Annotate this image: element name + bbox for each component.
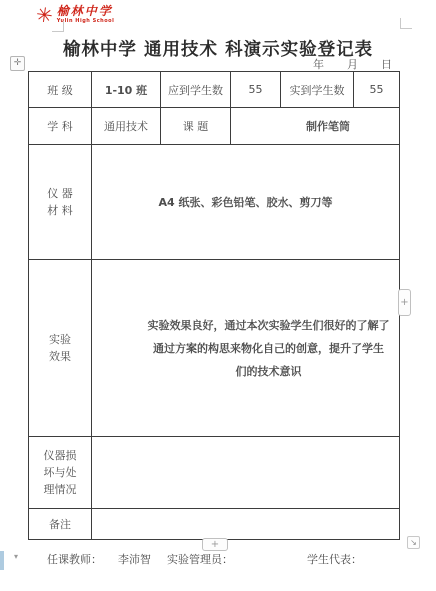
insert-row-plus-button[interactable]: + [202, 538, 228, 551]
school-name-en: Yulin High School [57, 18, 115, 25]
date-line: 年 月 日 [313, 56, 392, 72]
date-day-label: 日 [381, 56, 392, 72]
class-value-cell[interactable]: 1-10 班 [92, 72, 161, 108]
table-row: 学 科 通用技术 课 题 制作笔筒 [29, 108, 400, 145]
table-row: 仪器损 坏与处 理情况 [29, 437, 400, 509]
subject-value-cell[interactable]: 通用技术 [92, 108, 161, 145]
actual-students-value-cell[interactable]: 55 [354, 72, 400, 108]
teacher-label: 任课教师： [47, 551, 102, 567]
subject-label: 学 科 [29, 108, 92, 145]
table-resize-handle-icon[interactable]: ↘ [407, 536, 420, 549]
date-year-label: 年 [313, 56, 324, 72]
date-month-label: 月 [347, 56, 358, 72]
expected-students-value-cell[interactable]: 55 [231, 72, 281, 108]
effect-label: 实验 效果 [29, 260, 92, 437]
school-logo: ✳ 榆林中学 Yulin High School [36, 4, 114, 26]
expected-students-label: 应到学生数 [161, 72, 231, 108]
damage-label: 仪器损 坏与处 理情况 [29, 437, 92, 509]
topic-value-cell[interactable]: 制作笔筒 [231, 108, 400, 145]
remarks-label: 备注 [29, 509, 92, 540]
teacher-name: 李沛智 [118, 551, 151, 567]
table-row: 仪 器 材 料 A4 纸张、彩色铅笔、胶水、剪刀等 [29, 145, 400, 260]
table-row: 实验 效果 实验效果良好，通过本次实验学生们很好的了解了 通过方案的构思来物化自… [29, 260, 400, 437]
class-label: 班 级 [29, 72, 92, 108]
effect-value-cell[interactable]: 实验效果良好，通过本次实验学生们很好的了解了 通过方案的构思来物化自己的创意，提… [92, 260, 400, 437]
document-page: ✳ 榆林中学 Yulin High School 榆林中学 通用技术 科演示实验… [0, 0, 436, 591]
margin-corner-mark-left [52, 21, 64, 32]
lab-manager-label: 实验管理员： [167, 551, 233, 567]
actual-students-label: 实到学生数 [281, 72, 354, 108]
experiment-registration-table: 班 级 1-10 班 应到学生数 55 实到学生数 55 学 科 通用技术 课 … [28, 71, 400, 540]
signature-line: 任课教师： 李沛智 实验管理员： 学生代表： [0, 551, 436, 569]
table-row: 备注 [29, 509, 400, 540]
materials-label: 仪 器 材 料 [29, 145, 92, 260]
student-representative-label: 学生代表： [307, 551, 362, 567]
remarks-value-cell[interactable] [92, 509, 400, 540]
table-row: 班 级 1-10 班 应到学生数 55 实到学生数 55 [29, 72, 400, 108]
margin-corner-mark-right [400, 18, 412, 29]
school-name-cn: 榆林中学 [57, 4, 115, 18]
table-move-handle-icon[interactable]: ✛ [10, 56, 25, 71]
topic-label: 课 题 [161, 108, 231, 145]
materials-value-cell[interactable]: A4 纸张、彩色铅笔、胶水、剪刀等 [92, 145, 400, 260]
insert-column-plus-button[interactable]: + [398, 289, 411, 316]
damage-value-cell[interactable] [92, 437, 400, 509]
